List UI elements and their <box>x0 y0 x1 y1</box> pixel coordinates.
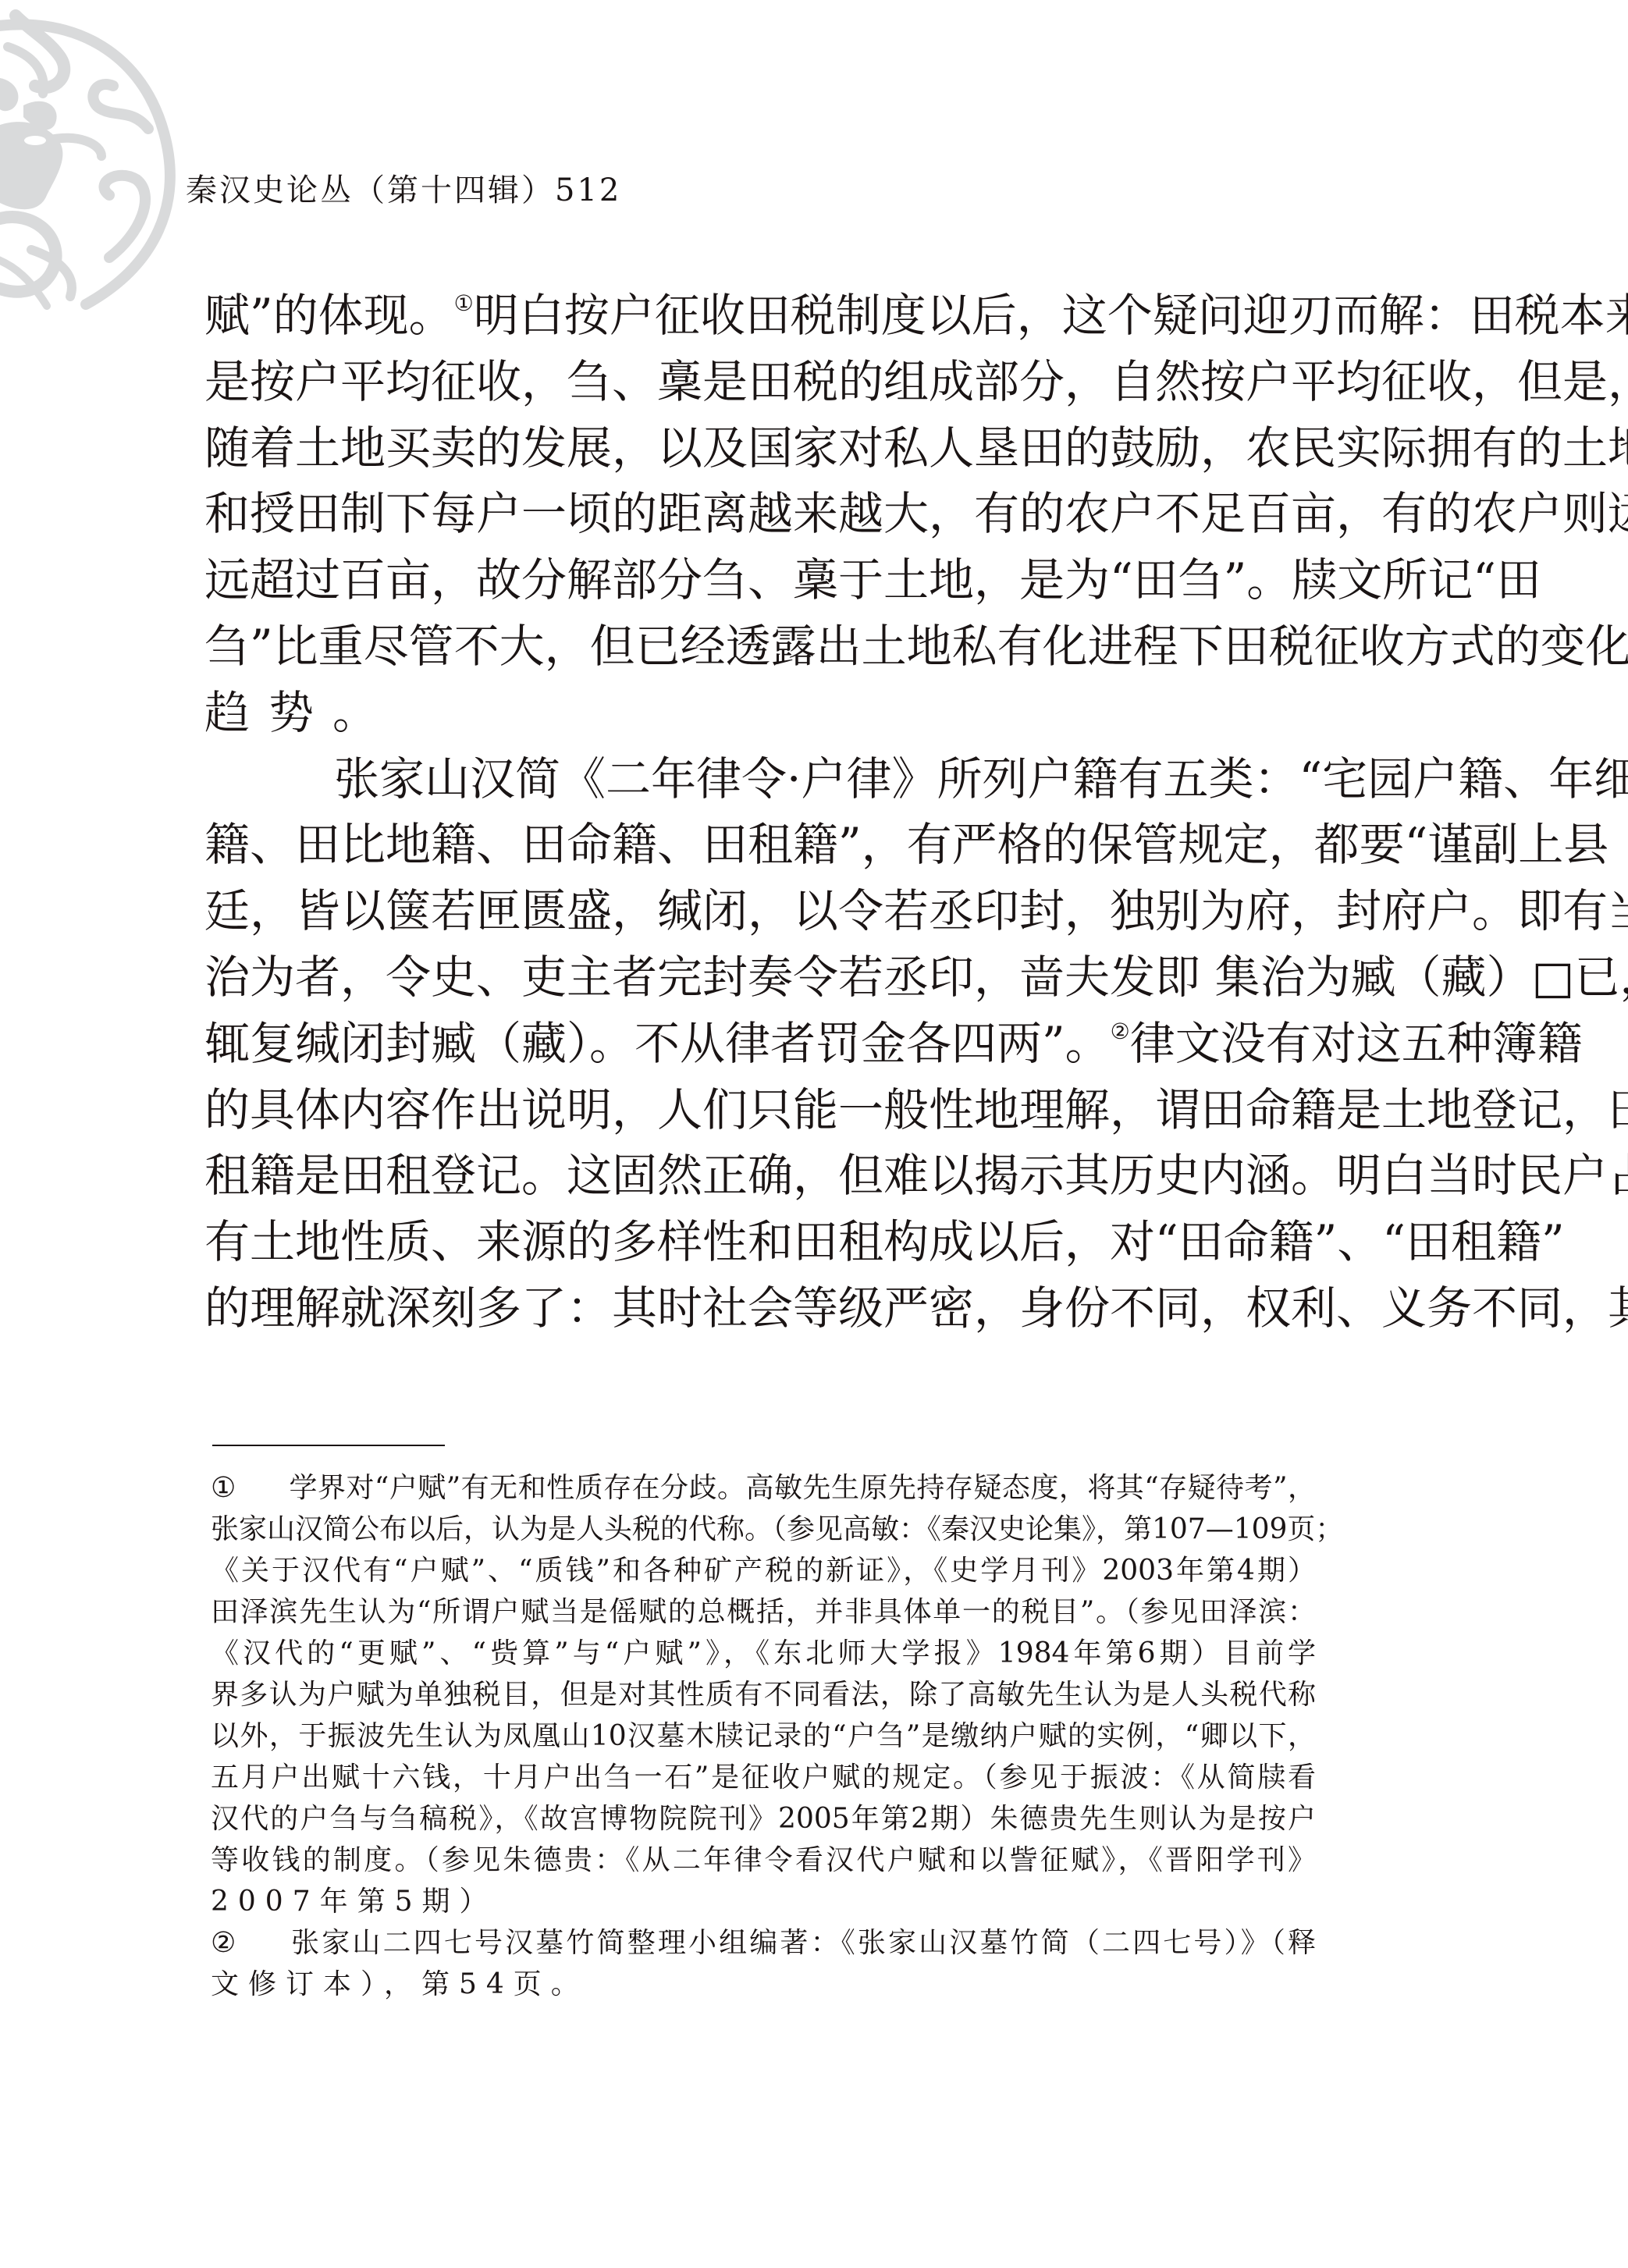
footnote-1-marker: ① <box>211 1467 289 1509</box>
footnote-1-line: 张家山汉简公布以后，认为是人头税的代称。（参见高敏：《秦汉史论集》，第107—1… <box>211 1509 1316 1550</box>
body-line: 治为者，令史、吏主者完封奏令若丞印，啬夫发即 集治为臧（藏）□已， <box>204 944 1313 1011</box>
footnote-1-line: 田泽滨先生认为“所谓户赋当是傜赋的总概括，并非具体单一的税目”。（参见田泽滨： <box>211 1591 1316 1633</box>
body-line: 刍”比重尽管不大，但已经透露出土地私有化进程下田税征收方式的变化 <box>204 613 1313 680</box>
paragraph-start-line: 张家山汉简《二年律令·户律》所列户籍有五类：“宅园户籍、年细 <box>204 746 1313 812</box>
footnote-1-line: 等收钱的制度。（参见朱德贵：《从二年律令看汉代户赋和以訾征赋》，《晋阳学刊》 <box>211 1840 1316 1881</box>
body-line: 的理解就深刻多了：其时社会等级严密，身份不同，权利、义务不同，其 <box>204 1275 1313 1342</box>
footnote-separator <box>212 1445 445 1446</box>
footnote-ref-1[interactable]: ① <box>454 290 474 316</box>
cloud-scroll-ornament-icon <box>0 0 187 312</box>
body-line: 和授田制下每户一顷的距离越来越大，有的农户不足百亩，有的农户则远 <box>204 481 1313 547</box>
running-header: 秦汉史论丛（第十四辑）512 <box>186 165 621 210</box>
footnote-1-line: 2007年第5期） <box>211 1881 1316 1922</box>
body-line: 赋”的体现。①明白按户征收田税制度以后，这个疑问迎刃而解：田税本来 <box>204 283 1313 349</box>
footnote-1-line: 《关于汉代有“户赋”、“质钱”和各种矿产税的新证》，《史学月刊》2003年第4期… <box>211 1550 1316 1591</box>
footnote-1-line: 汉代的户刍与刍稿税》，《故宫博物院院刊》2005年第2期）朱德贵先生则认为是按户 <box>211 1798 1316 1840</box>
footnote-2-line: 文修订本），第54页。 <box>211 1964 1316 2005</box>
body-line: 廷，皆以箧若匣匮盛，缄闭，以令若丞印封，独别为府，封府户。即有当 <box>204 878 1313 944</box>
footnote-1-line: 界多认为户赋为单独税目，但是对其性质有不同看法，除了高敏先生认为是人头税代称 <box>211 1674 1316 1715</box>
footnote-text: 学界对“户赋”有无和性质存在分歧。高敏先生原先持存疑态度，将其“存疑待考”， <box>289 1472 1316 1504</box>
footnote-1-line: 五月户出赋十六钱，十月户出刍一石”是征收户赋的规定。（参见于振波：《从简牍看 <box>211 1757 1316 1798</box>
body-line: 是按户平均征收，刍、稾是田税的组成部分，自然按户平均征收，但是， <box>204 349 1313 415</box>
body-line: 趋势。 <box>204 680 1313 746</box>
body-line-text: 辄复缄闭封臧（藏）。不从律者罚金各四两”。 <box>204 1017 1111 1070</box>
footnote-ref-2[interactable]: ② <box>1111 1018 1130 1044</box>
body-line: 籍、田比地籍、田命籍、田租籍”，有严格的保管规定，都要“谨副上县 <box>204 812 1313 878</box>
footnote-2-marker: ② <box>211 1922 289 1964</box>
footnotes: ①学界对“户赋”有无和性质存在分歧。高敏先生原先持存疑态度，将其“存疑待考”， … <box>211 1467 1316 2005</box>
body-line-text: 明白按户征收田税制度以后，这个疑问迎刃而解：田税本来 <box>474 289 1628 342</box>
body-line: 有土地性质、来源的多样性和田租构成以后，对“田命籍”、“田租籍” <box>204 1209 1313 1275</box>
body-line: 随着土地买卖的发展，以及国家对私人垦田的鼓励，农民实际拥有的土地 <box>204 415 1313 482</box>
body-text: 赋”的体现。①明白按户征收田税制度以后，这个疑问迎刃而解：田税本来 是按户平均征… <box>204 283 1313 1342</box>
body-line: 辄复缄闭封臧（藏）。不从律者罚金各四两”。②律文没有对这五种簿籍 <box>204 1011 1313 1077</box>
footnote-1-line: 以外，于振波先生认为凤凰山10汉墓木牍记录的“户刍”是缴纳户赋的实例，“卿以下， <box>211 1715 1316 1757</box>
body-line: 的具体内容作出说明，人们只能一般性地理解，谓田命籍是土地登记，田 <box>204 1077 1313 1143</box>
body-line-text: 律文没有对这五种簿籍 <box>1130 1017 1583 1070</box>
footnote-text: 张家山二四七号汉墓竹简整理小组编著：《张家山汉墓竹简（二四七号）》（释 <box>289 1927 1316 1959</box>
body-line-text: 赋”的体现。 <box>204 289 454 342</box>
footnote-1-line: ①学界对“户赋”有无和性质存在分歧。高敏先生原先持存疑态度，将其“存疑待考”， <box>211 1467 1316 1509</box>
footnote-1-line: 《汉代的“更赋”、“赀算”与“户赋”》，《东北师大学报》1984年第6期）目前学 <box>211 1633 1316 1674</box>
footnote-2-line: ②张家山二四七号汉墓竹简整理小组编著：《张家山汉墓竹简（二四七号）》（释 <box>211 1922 1316 1964</box>
body-line: 远超过百亩，故分解部分刍、稾于土地，是为“田刍”。牍文所记“田 <box>204 547 1313 613</box>
body-line: 租籍是田租登记。这固然正确，但难以揭示其历史内涵。明白当时民户占 <box>204 1143 1313 1209</box>
